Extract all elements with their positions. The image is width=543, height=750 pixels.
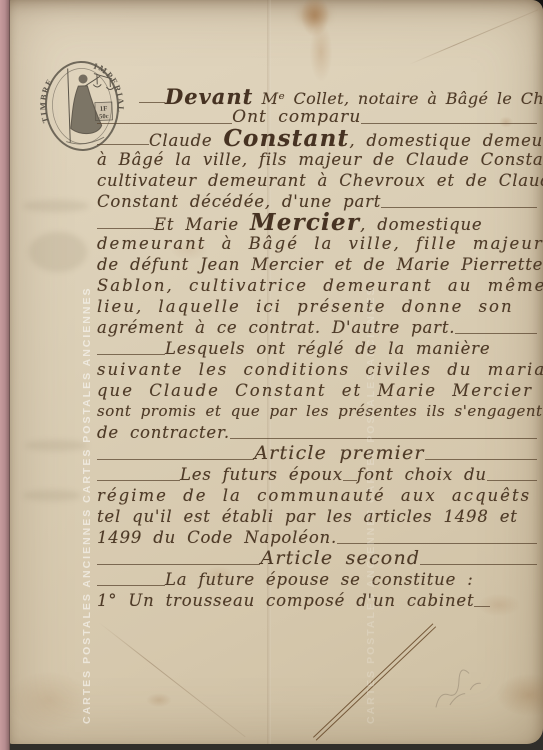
pencil-scribble	[421, 652, 505, 722]
stain-streak	[295, 0, 333, 80]
ink-bleedthrough	[23, 490, 81, 501]
document-line: Les futurs épouxfont choix du	[97, 464, 537, 485]
document-paper: TIMBRE IMPERIAL 1F 50c Devant M	[9, 0, 543, 744]
document-line: agrément à ce contrat. D'autre part.	[97, 317, 537, 338]
document-line: Devant Mᵉ Collet, notaire à Bâgé le Chât…	[97, 86, 537, 107]
closing-slash-mark	[313, 623, 436, 740]
document-line: à Bâgé la ville, fils majeur de Claude C…	[97, 149, 537, 170]
ink-bleedthrough	[25, 440, 87, 451]
document-line: de contracter.	[97, 422, 537, 443]
crease-line	[98, 622, 245, 737]
document-line: que Claude Constant et Marie Mercier se	[97, 380, 537, 401]
watermark-left: CARTES POSTALES ANCIENNES CARTES POSTALE…	[81, 287, 93, 724]
photo-stage: TIMBRE IMPERIAL 1F 50c Devant M	[0, 0, 543, 750]
document-line: tel qu'il est établi par les articles 14…	[97, 506, 537, 527]
document-line: Article premier	[97, 443, 537, 464]
document-line: Lesquels ont réglé de la manière	[97, 338, 537, 359]
document-line: sont promis et que par les présentes ils…	[97, 401, 537, 422]
album-edge-strip	[0, 0, 10, 750]
ink-bleedthrough	[29, 232, 87, 272]
document-line: suivante les conditions civiles du maria…	[97, 359, 537, 380]
document-line: régime de la communauté aux acquêts	[97, 485, 537, 506]
document-line: cultivateur demeurant à Chevroux et de C…	[97, 170, 537, 191]
ink-bleedthrough	[23, 200, 89, 212]
document-line: Sablon, cultivatrice demeurant au même	[97, 275, 537, 296]
document-line: lieu, laquelle ici présente donne son	[97, 296, 537, 317]
document-line: Claude Constant, domestique demeurant	[97, 128, 537, 149]
document-line: Et Marie Mercier, domestique	[97, 212, 537, 233]
document-lines: Devant Mᵉ Collet, notaire à Bâgé le Chât…	[97, 86, 537, 611]
document-line: 1° Un trousseau composé d'un cabinet	[97, 590, 537, 611]
document-line: 1499 du Code Napoléon.	[97, 527, 537, 548]
crease-line	[409, 9, 538, 65]
document-line: de défunt Jean Mercier et de Marie Pierr…	[97, 254, 537, 275]
document-line: Article second	[97, 548, 537, 569]
document-line: La future épouse se constitue :	[97, 569, 537, 590]
document-line: demeurant à Bâgé la ville, fille majeure	[97, 233, 537, 254]
